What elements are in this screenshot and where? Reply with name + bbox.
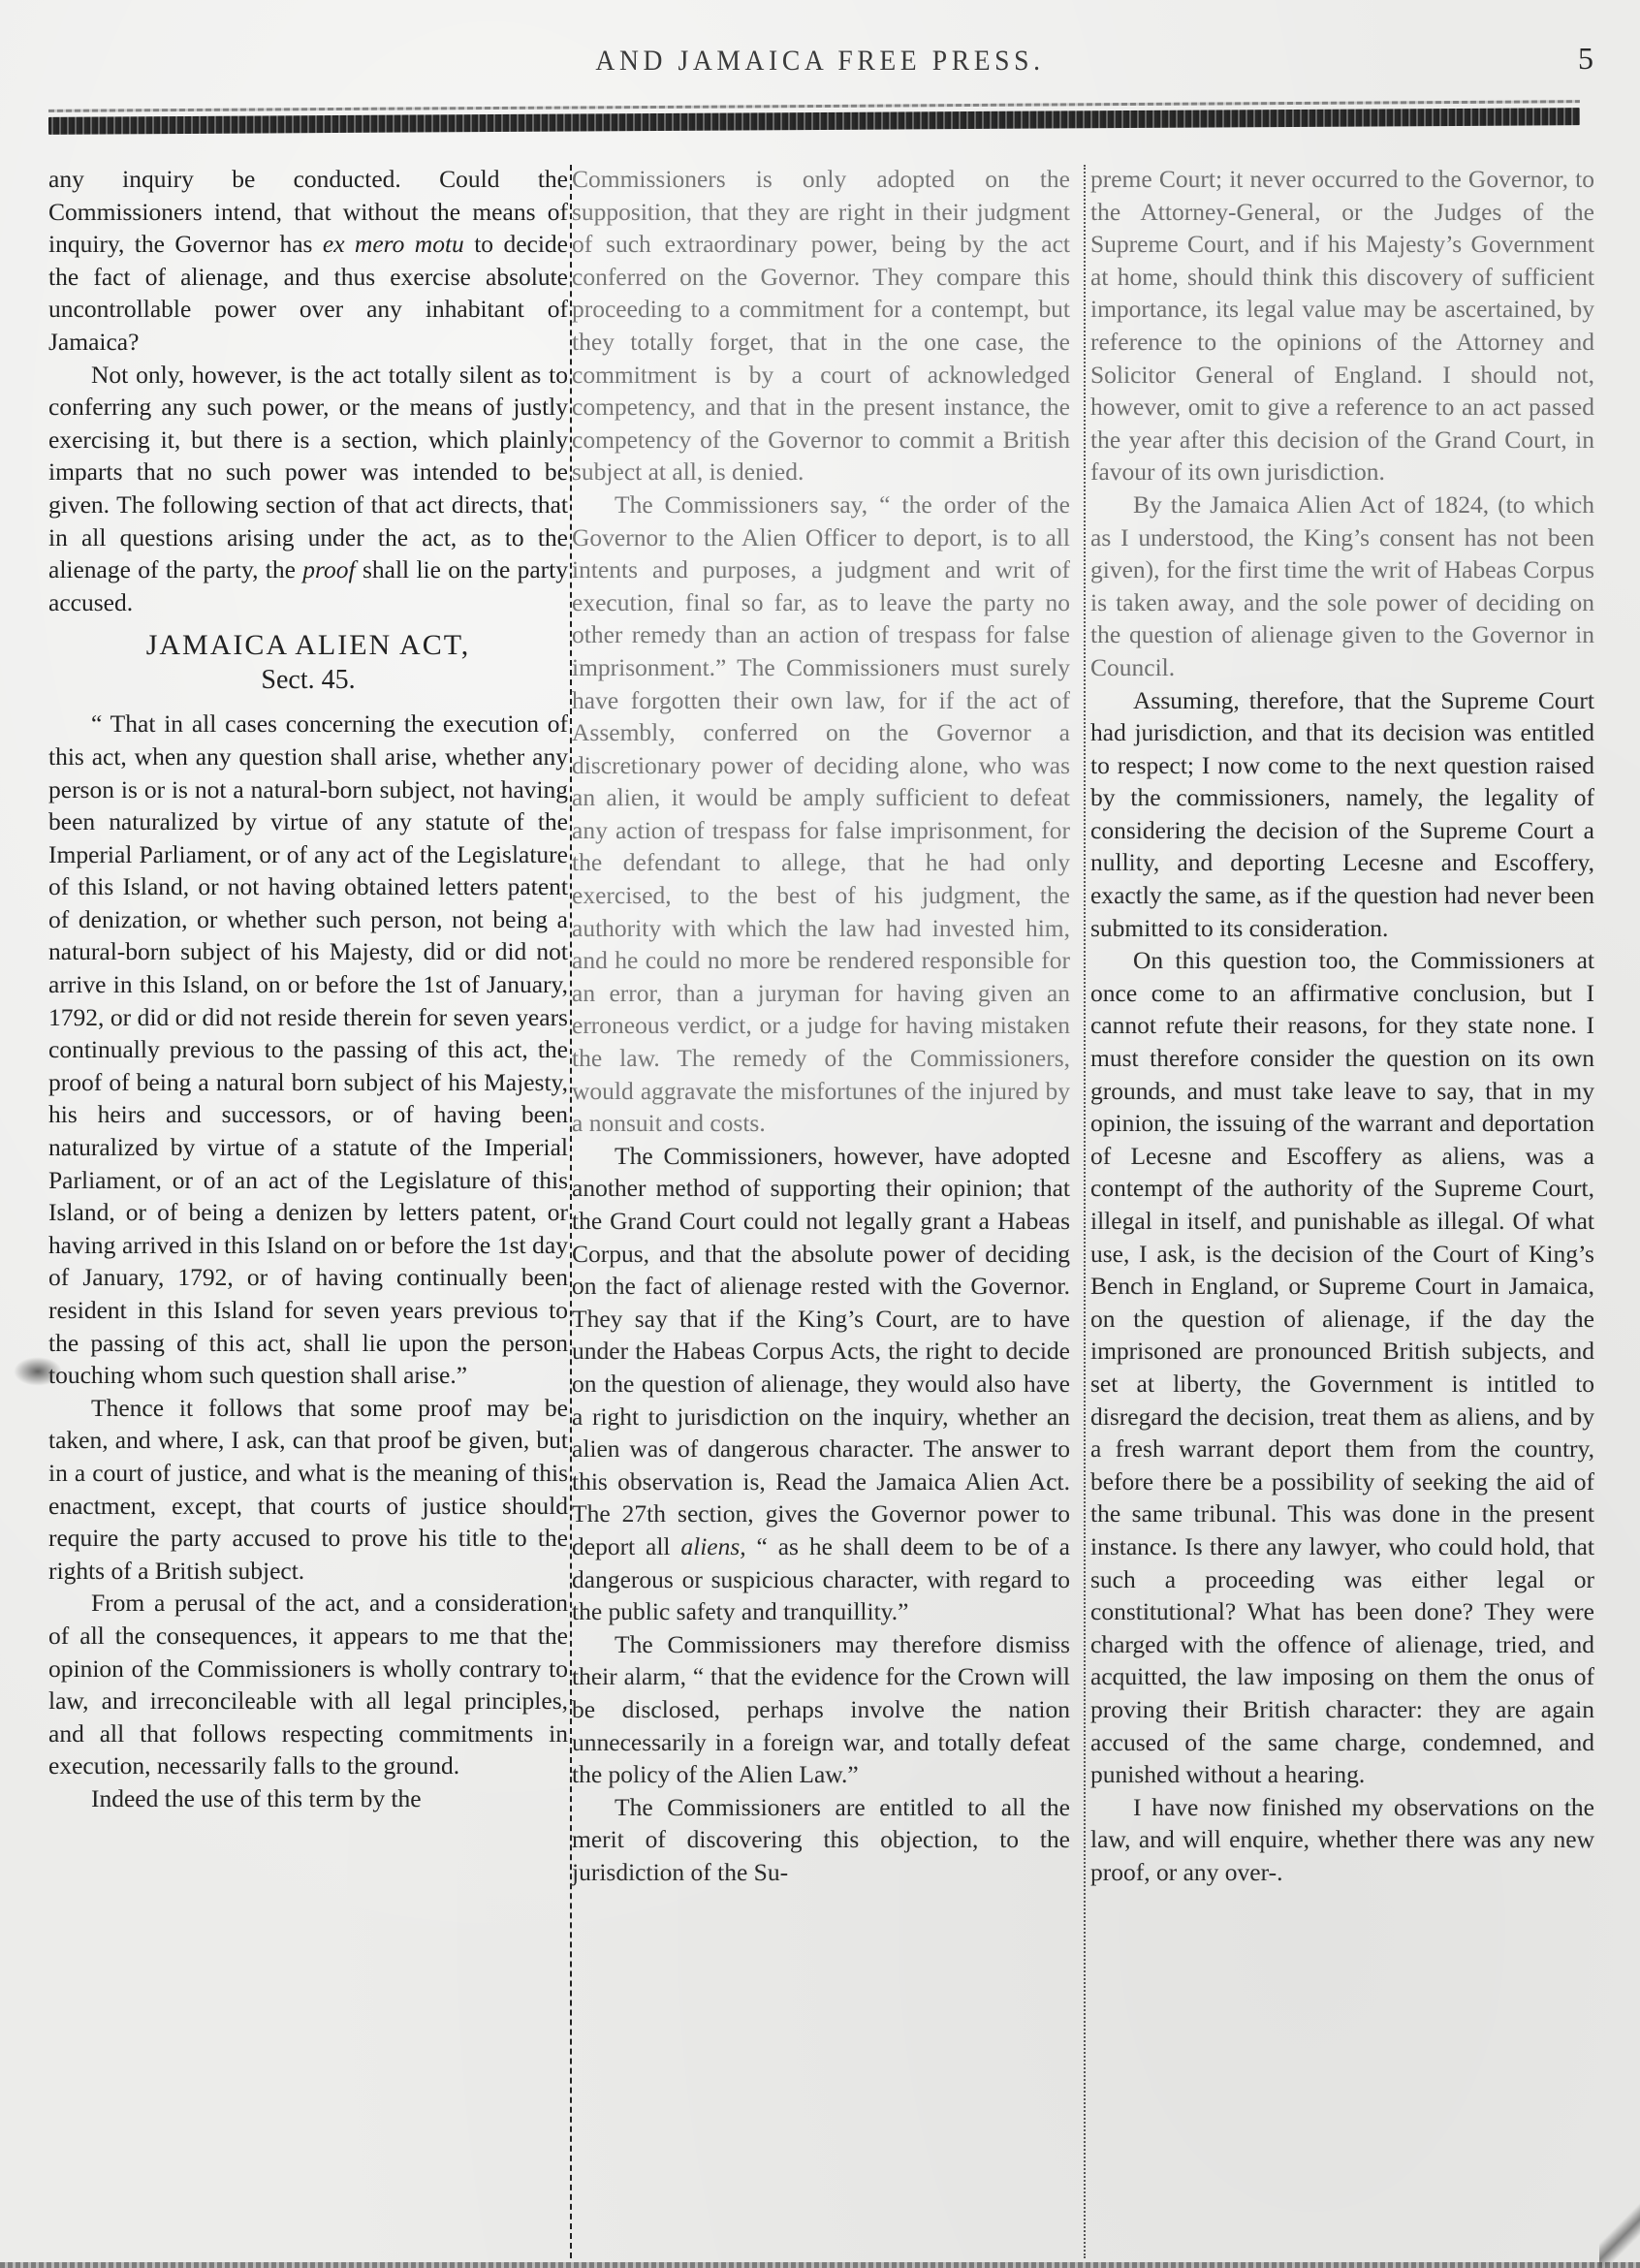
page-corner-curl [1599,2200,1640,2268]
emphasis: aliens, [680,1532,745,1560]
column-2: Commissioners is only adopted on the sup… [572,163,1070,1888]
paragraph: Assuming, therefore, that the Supreme Co… [1090,684,1594,945]
paragraph: By the Jamaica Alien Act of 1824, (to wh… [1090,488,1594,684]
paragraph: Commissioners is only adopted on the sup… [572,163,1070,488]
paragraph: The Commissioners say, “ the order of th… [572,488,1070,1140]
paragraph: The Commissioners, however, have adopted… [572,1140,1070,1628]
paragraph: Thence it follows that some proof may be… [48,1392,568,1588]
paragraph: any inquiry be conducted. Could the Comm… [48,163,568,359]
paragraph: On this question too, the Commissioners … [1090,944,1594,1790]
column-3: preme Court; it never occurred to the Go… [1090,163,1594,1888]
paragraph: The Commissioners may therefore dismiss … [572,1628,1070,1791]
paragraph: I have now finished my observations on t… [1090,1791,1594,1889]
column-1: any inquiry be conducted. Could the Comm… [48,163,568,1815]
newspaper-page: AND JAMAICA FREE PRESS. 5 any inquiry be… [0,0,1640,2268]
paragraph: Not only, however, is the act totally si… [48,359,568,619]
column-divider [1084,165,1086,2258]
section-heading: JAMAICA ALIEN ACT, [48,628,568,663]
paragraph: The Commissioners are entitled to all th… [572,1791,1070,1889]
paragraph: preme Court; it never occurred to the Go… [1090,163,1594,488]
running-title: AND JAMAICA FREE PRESS. [66,45,1575,78]
ink-smudge [14,1357,62,1386]
paragraph: From a perusal of the act, and a conside… [48,1587,568,1782]
emphasis: proof [302,555,355,583]
page-bottom-edge [0,2262,1640,2268]
section-subheading: Sect. 45. [48,663,568,698]
latin-phrase: ex mero motu [323,230,464,258]
header-rule-thick [48,108,1580,135]
page-number: 5 [1578,41,1593,77]
quoted-statute: “ That in all cases concerning the execu… [48,708,568,1391]
paragraph: Indeed the use of this term by the [48,1782,568,1815]
header-rule [48,100,1580,139]
